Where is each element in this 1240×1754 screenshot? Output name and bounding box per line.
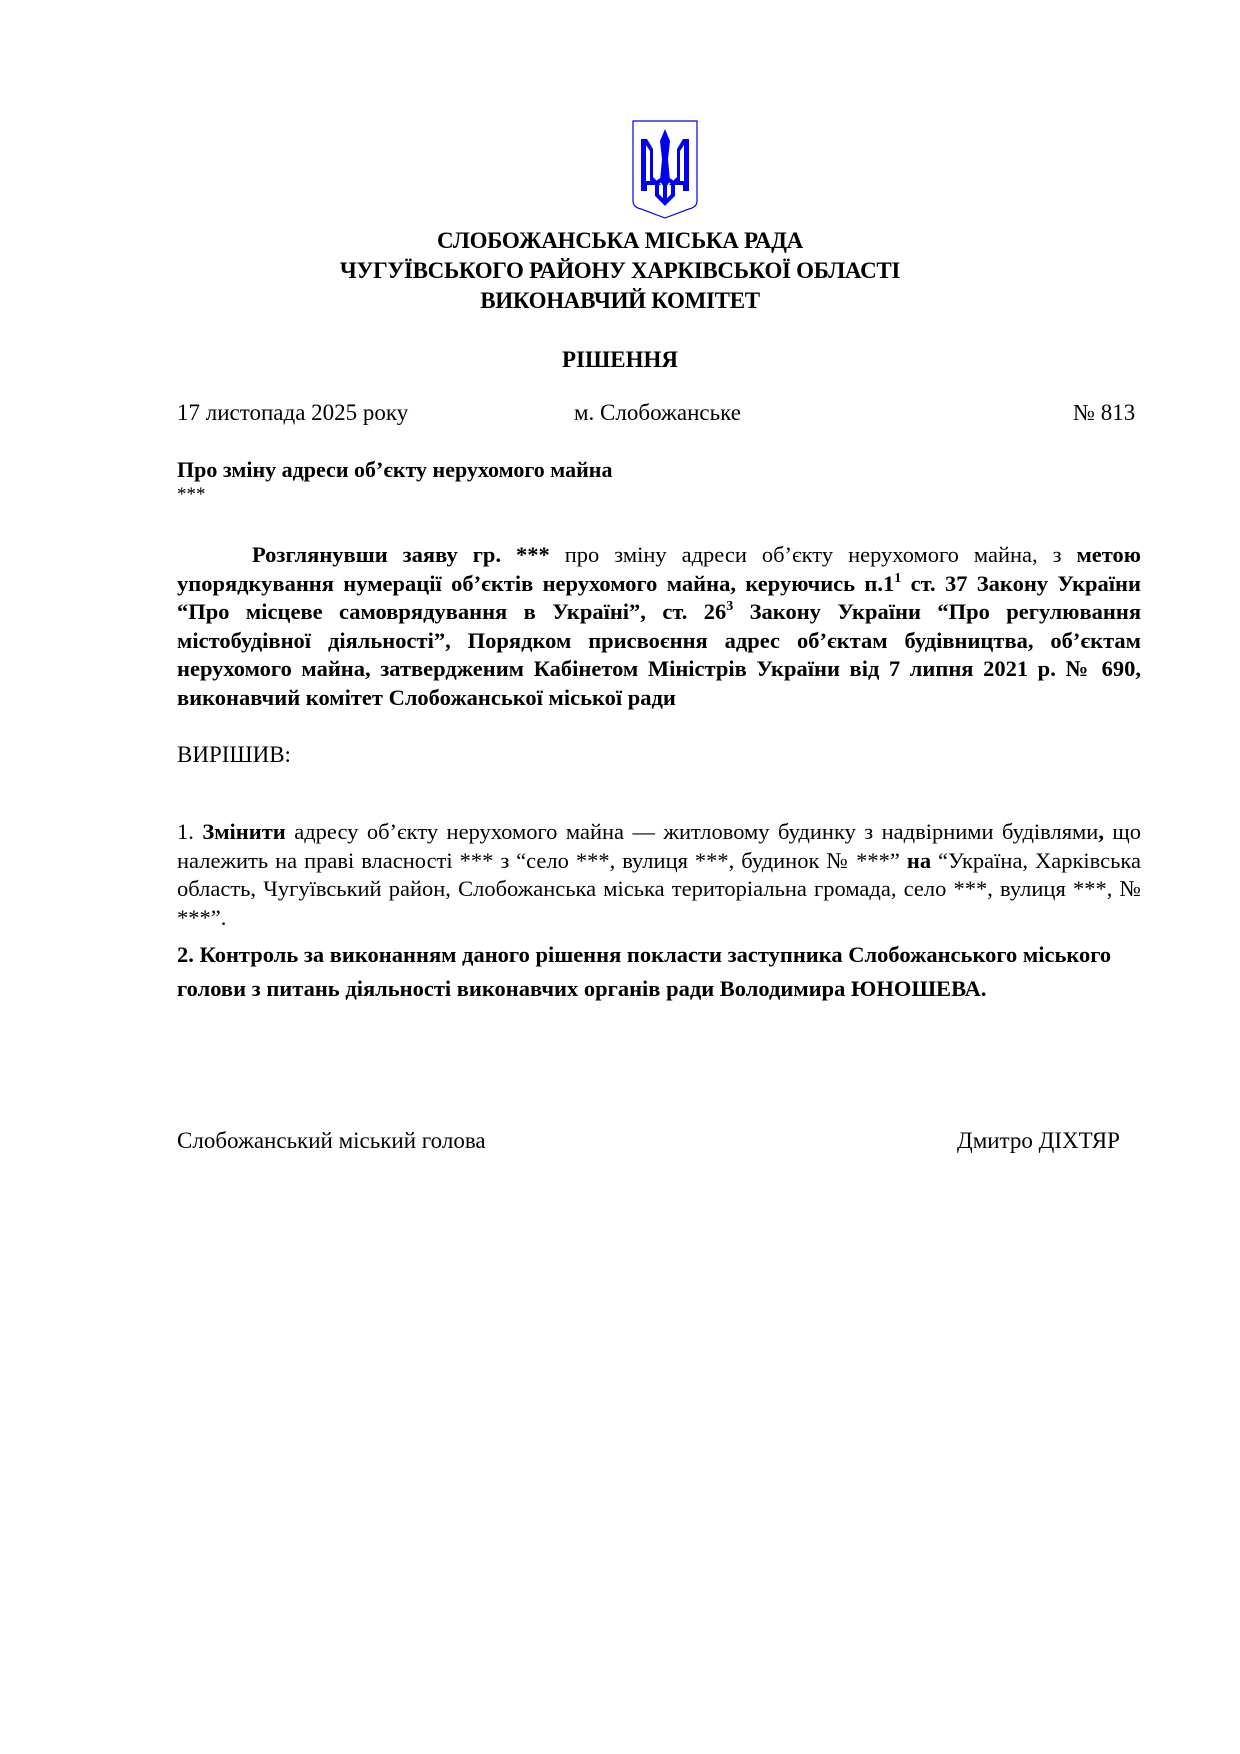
item-1-bold-mid: на (907, 848, 931, 873)
decided-label: ВИРІШИВ: (177, 742, 291, 768)
decision-item-1: 1. Змінити адресу об’єкту нерухомого май… (177, 818, 1141, 932)
preamble-paragraph: Розглянувши заяву гр. *** про зміну адре… (177, 541, 1141, 712)
document-date: 17 листопада 2025 року (177, 400, 408, 426)
signatory-name: Дмитро ДІХТЯР (957, 1128, 1120, 1154)
signatory-position: Слобожанський міський голова (177, 1128, 486, 1154)
item-1-number: 1. (177, 819, 202, 844)
item-2-line-2: голови з питань діяльності виконавчих ор… (177, 972, 1141, 1006)
item-1-lead: Змінити (202, 819, 285, 844)
preamble-bold-3: ст. 37 Закону України (901, 571, 1141, 596)
decision-item-2: 2. Контроль за виконанням даного рішення… (177, 938, 1141, 1006)
subject-note: *** (177, 484, 206, 506)
document-page: СЛОБОЖАНСЬКА МІСЬКА РАДА ЧУГУЇВСЬКОГО РА… (0, 0, 1240, 1754)
preamble-bold: Розглянувши заяву гр. *** (252, 542, 550, 567)
executive-committee: ВИКОНАВЧИЙ КОМІТЕТ (0, 286, 1240, 316)
preamble-law-1: “Про місцеве самоврядування в Україні”, … (177, 599, 726, 624)
document-subject: Про зміну адреси об’єкту нерухомого майн… (177, 457, 612, 483)
item-2-line-1: 2. Контроль за виконанням даного рішення… (177, 938, 1141, 972)
document-type: РІШЕННЯ (0, 347, 1240, 373)
council-name: СЛОБОЖАНСЬКА МІСЬКА РАДА (0, 226, 1240, 256)
preamble-text: про зміну адреси об’єкту нерухомого майн… (550, 542, 1077, 567)
coat-of-arms-icon (631, 119, 699, 220)
document-city: м. Слобожанське (574, 400, 741, 426)
document-number: № 813 (1073, 400, 1135, 426)
district-name: ЧУГУЇВСЬКОГО РАЙОНУ ХАРКІВСЬКОЇ ОБЛАСТІ (0, 256, 1240, 286)
item-1-text-a: адресу об’єкту нерухомого майна — житлов… (286, 819, 1099, 844)
